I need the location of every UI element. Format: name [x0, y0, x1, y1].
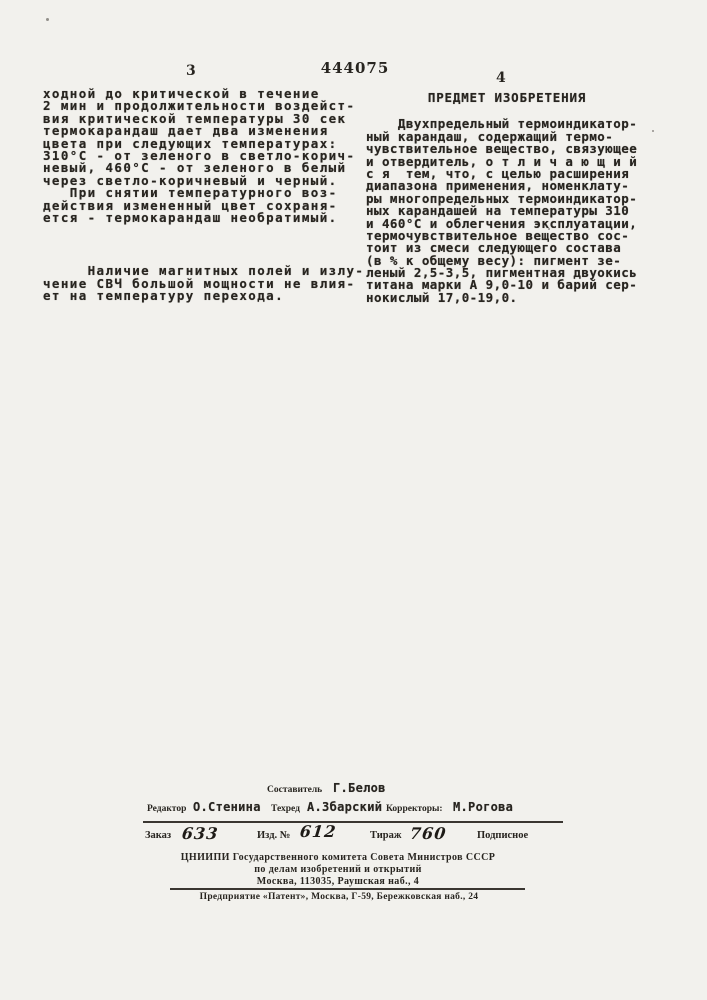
- text-line: нокислый 17,0-19,0.: [366, 292, 648, 304]
- right-text-column: ПРЕДМЕТ ИЗОБРЕТЕНИЯ Двухпредельный термо…: [366, 92, 648, 304]
- podpisnoe-label: Подписное: [477, 830, 528, 841]
- scan-speckle: [652, 130, 654, 132]
- scan-speckle: [46, 18, 49, 21]
- printer-line: Предприятие «Патент», Москва, Г-59, Бере…: [200, 892, 479, 902]
- techred-name: А.Збарский: [307, 800, 382, 814]
- text-line: ет на температуру перехода.: [43, 290, 363, 302]
- left-paragraph-2: Наличие магнитных полей и излу- чение СВ…: [43, 265, 363, 302]
- tirazh-label: Тираж: [370, 830, 402, 841]
- techred-label: Техред: [271, 804, 300, 814]
- tirazh-number-handwritten: 760: [409, 824, 447, 843]
- text-line: ется - термокарандаш необратимый.: [43, 212, 363, 224]
- divider-rule-top: [143, 821, 563, 823]
- order-number-handwritten: 633: [181, 824, 219, 843]
- left-text-column: ходной до критической в течение 2 мин и …: [43, 88, 363, 302]
- editor-name: О.Стенина: [193, 800, 261, 814]
- divider-rule-bottom: [170, 888, 525, 890]
- patent-number: 444075: [321, 59, 390, 77]
- correctors-name: М.Рогова: [453, 800, 513, 814]
- left-column-page-number: 3: [186, 63, 196, 79]
- claims-heading: ПРЕДМЕТ ИЗОБРЕТЕНИЯ: [366, 92, 648, 104]
- compiler-label: Составитель: [267, 785, 322, 795]
- left-paragraph-1: ходной до критической в течение 2 мин и …: [43, 88, 363, 224]
- scan-speckle: [548, 228, 550, 230]
- org-dept-line: по делам изобретений и открытий: [254, 864, 422, 875]
- org-name-line: ЦНИИПИ Государственного комитета Совета …: [181, 852, 495, 863]
- editor-label: Редактор: [147, 804, 186, 814]
- patent-document-page: 3 444075 4 ходной до критической в течен…: [0, 0, 707, 1000]
- izd-number-handwritten: 612: [299, 822, 337, 841]
- correctors-label: Корректоры:: [386, 804, 443, 814]
- izd-label: Изд. №: [257, 830, 290, 841]
- right-column-page-number: 4: [496, 70, 506, 86]
- claims-paragraph: Двухпредельный термоиндикатор- ный каран…: [366, 118, 648, 304]
- compiler-name: Г.Белов: [333, 781, 386, 795]
- org-address-line: Москва, 113035, Раушская наб., 4: [257, 876, 419, 887]
- order-label: Заказ: [145, 830, 171, 841]
